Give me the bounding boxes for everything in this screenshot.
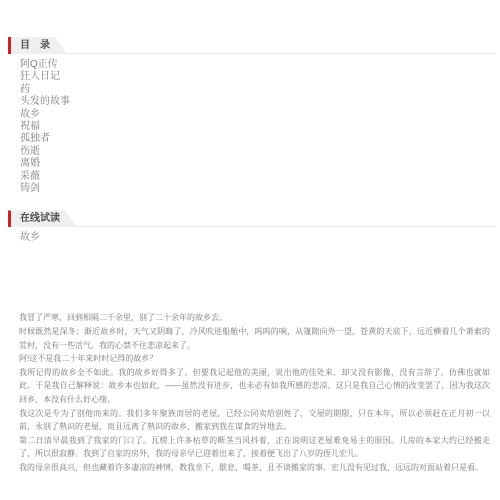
toc-item: 头发的故事 xyxy=(20,96,500,108)
toc-item: 祝福 xyxy=(20,121,500,133)
preview-paragraph: 我这次是专为了别他而来的。我们多年聚族而居的老屋，已经公同卖给别姓了，交屋的期限… xyxy=(19,407,490,434)
preview-paragraph: 第二日清早晨我到了我家的门口了。瓦楞上许多枯草的断茎当风抖着，正在说明这老屋难免… xyxy=(19,434,490,461)
preview-section-header: 在线试读 xyxy=(8,210,496,227)
preview-paragraph: 时候既然是深冬；渐近故乡时，天气又阴晦了，冷风吹进船舱中，呜呜的响，从篷隙向外一… xyxy=(19,325,490,352)
toc-item: 狂人日记 xyxy=(20,71,500,83)
preview-paragraph: 阿!这不是我二十年来时时记得的故乡？ xyxy=(19,352,490,366)
toc-item: 采薇 xyxy=(20,171,500,183)
toc-section-header: 目 录 xyxy=(8,37,496,54)
preview-paragraph: 我所记得的故乡全不如此。我的故乡好得多了。但要我记起他的美丽，说出他的佳处来，却… xyxy=(19,366,490,407)
toc-tab: 目 录 xyxy=(8,37,67,54)
toc-item: 孤独者 xyxy=(20,133,500,145)
book-detail-page: 目 录 阿Q正传狂人日记药头发的故事故乡祝福孤独者伤逝离婚采薇铸剑 在线试读 故… xyxy=(0,0,500,500)
preview-tab: 在线试读 xyxy=(8,210,77,227)
toc-list: 阿Q正传狂人日记药头发的故事故乡祝福孤独者伤逝离婚采薇铸剑 xyxy=(20,59,500,195)
toc-item: 故乡 xyxy=(20,109,500,121)
toc-item: 阿Q正传 xyxy=(20,59,500,71)
toc-item: 伤逝 xyxy=(20,146,500,158)
preview-paragraph: 我冒了严寒，回到相隔二千余里，别了二十余年的故乡去。 xyxy=(19,311,490,325)
toc-item: 离婚 xyxy=(20,158,500,170)
toc-section: 目 录 阿Q正传狂人日记药头发的故事故乡祝福孤独者伤逝离婚采薇铸剑 xyxy=(0,0,500,195)
preview-body-text: 我冒了严寒，回到相隔二千余里，别了二十余年的故乡去。时候既然是深冬；渐近故乡时，… xyxy=(19,311,490,474)
preview-paragraph: 我的母亲很高兴，但也藏着许多凄凉的神情，教我坐下，歇息，喝茶，且不谈搬家的事。宏… xyxy=(19,461,490,475)
toc-item: 铸剑 xyxy=(20,183,500,195)
toc-item: 药 xyxy=(20,84,500,96)
preview-chapter-title: 故乡 xyxy=(20,232,500,244)
preview-section: 在线试读 故乡 我冒了严寒，回到相隔二千余里，别了二十余年的故乡去。时候既然是深… xyxy=(0,210,500,474)
